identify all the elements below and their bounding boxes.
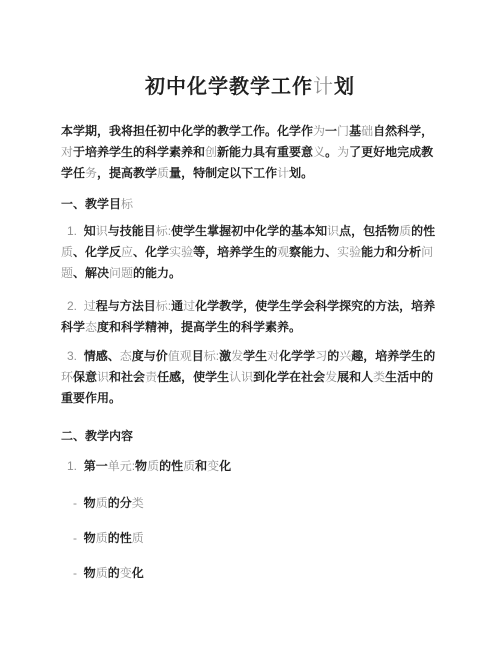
text-run: - bbox=[73, 531, 84, 545]
text-run: 质 bbox=[157, 166, 169, 180]
text-run: 点，包括物 bbox=[339, 224, 399, 238]
unit-item-1: 1. 第一单元:物质的性质和变化 bbox=[61, 456, 439, 477]
text-run: 观 bbox=[277, 245, 289, 259]
text-run: 质 bbox=[96, 496, 108, 510]
text-run: 环 bbox=[61, 370, 73, 384]
intro-paragraph: 本学期，我将担任初中化学的教学工作。化学作为一门基础自然科学，对于培养学生的科学… bbox=[61, 121, 439, 184]
text-run: 度与价 bbox=[132, 349, 168, 363]
text-run: ，提高教学 bbox=[97, 166, 157, 180]
text-run: 度和科学精神，提高学生的科学素养。 bbox=[97, 320, 301, 334]
text-run: 单元: bbox=[108, 459, 135, 473]
text-run: 能力和分析 bbox=[361, 245, 421, 259]
text-run: 物 bbox=[84, 566, 96, 580]
bullet-substance-changes: - 物质的变化 bbox=[61, 563, 439, 584]
text-run: 识 bbox=[327, 224, 339, 238]
text-run: 质 bbox=[399, 224, 411, 238]
text-run: 过 bbox=[183, 299, 195, 313]
text-run: 标: bbox=[204, 349, 219, 363]
section-1-heading: 一、教学目标 bbox=[61, 194, 439, 215]
text-run: 质 bbox=[61, 245, 73, 259]
text-run: 2. bbox=[67, 299, 84, 313]
text-run: 计 bbox=[277, 166, 289, 180]
text-run: 基 bbox=[349, 124, 361, 138]
text-run: 新能力具有重要意 bbox=[217, 145, 313, 159]
text-run: 保意 bbox=[73, 370, 97, 384]
text-run: 、解决 bbox=[73, 266, 109, 280]
text-run: 态 bbox=[120, 349, 132, 363]
text-run: 标: bbox=[156, 299, 171, 313]
text-run: 任感，使学生 bbox=[157, 370, 229, 384]
text-run: 二、教学内容 bbox=[61, 429, 133, 443]
text-run: 标 bbox=[121, 197, 133, 211]
text-run: 的分 bbox=[108, 496, 132, 510]
text-run: 划 bbox=[334, 76, 355, 98]
text-run: 情感、 bbox=[84, 349, 120, 363]
text-run: 物 bbox=[84, 531, 96, 545]
text-run: 门 bbox=[337, 124, 349, 138]
text-run: 3. bbox=[67, 349, 84, 363]
text-run: 于培养学生的科学素养和 bbox=[73, 145, 205, 159]
text-run: 创 bbox=[205, 145, 217, 159]
bullet-substance-category: - 物质的分类 bbox=[61, 493, 439, 514]
text-run: 质 bbox=[147, 459, 159, 473]
document-page: 初中化学教学工作计划本学期，我将担任初中化学的教学工作。化学作为一门基础自然科学… bbox=[0, 0, 500, 647]
text-run: 、化学 bbox=[133, 245, 169, 259]
text-run: 初中化学教学工作 bbox=[145, 76, 313, 98]
text-run: 义 bbox=[313, 145, 325, 159]
text-run: 认识 bbox=[229, 370, 253, 384]
text-run: 程与方法目 bbox=[96, 299, 156, 313]
text-run: 自然科学， bbox=[373, 124, 433, 138]
text-run: 应 bbox=[121, 245, 133, 259]
text-run: 值观 bbox=[168, 349, 192, 363]
objective-item-2: 2. 过程与方法目标:通过化学教学，使学生学会科学探究的方法，培养科学态度和科学… bbox=[61, 296, 439, 338]
text-run: 化学学 bbox=[279, 349, 315, 363]
text-run: 量，特制定以下工作 bbox=[169, 166, 277, 180]
text-run: 习 bbox=[315, 349, 327, 363]
text-run: 的 bbox=[327, 349, 339, 363]
text-run: 过 bbox=[84, 299, 96, 313]
text-run: 对 bbox=[267, 349, 279, 363]
text-run: 激 bbox=[219, 349, 231, 363]
text-run: 本学期，我将担任初中化学的教学工作。化学作 bbox=[61, 124, 313, 138]
text-run: 使学生掌握初中化学的基本知 bbox=[171, 224, 327, 238]
text-run: 趣，培养学生的 bbox=[351, 349, 435, 363]
doc-title: 初中化学教学工作计划 bbox=[61, 74, 439, 100]
text-run: 。 bbox=[325, 145, 337, 159]
text-run: 、化学反 bbox=[73, 245, 121, 259]
text-run: 责 bbox=[145, 370, 157, 384]
text-run: 类 bbox=[373, 370, 385, 384]
text-run: - bbox=[73, 566, 84, 580]
text-run: 目 bbox=[192, 349, 204, 363]
text-run: 展和人 bbox=[337, 370, 373, 384]
text-run: 一、教学目 bbox=[61, 197, 121, 211]
text-run: 问题 bbox=[109, 266, 133, 280]
text-run: 发 bbox=[325, 370, 337, 384]
text-run: 实验 bbox=[337, 245, 361, 259]
text-run: 和社会 bbox=[109, 370, 145, 384]
section-2-heading: 二、教学内容 bbox=[61, 426, 439, 447]
objective-item-1: 1. 知识与技能目标:使学生掌握初中化学的基本知识点，包括物质的性质、化学反应、… bbox=[61, 221, 439, 284]
text-run: 知 bbox=[84, 224, 96, 238]
text-run: 兴 bbox=[339, 349, 351, 363]
text-run: 和 bbox=[195, 459, 207, 473]
text-run: 化 bbox=[219, 459, 231, 473]
text-run: 识 bbox=[96, 224, 108, 238]
text-run: 变 bbox=[120, 566, 132, 580]
text-run: 划。 bbox=[289, 166, 313, 180]
text-run: 类 bbox=[132, 496, 144, 510]
bullet-substance-properties: - 物质的性质 bbox=[61, 528, 439, 549]
text-run: 标: bbox=[156, 224, 171, 238]
text-run: 为 bbox=[313, 124, 325, 138]
text-run: 到化学在社会 bbox=[253, 370, 325, 384]
text-run: 实验 bbox=[169, 245, 193, 259]
text-run: 变 bbox=[207, 459, 219, 473]
text-run: 1. bbox=[67, 224, 84, 238]
text-run: 质 bbox=[183, 459, 195, 473]
text-run: 务 bbox=[85, 166, 97, 180]
text-run: 学生 bbox=[243, 349, 267, 363]
text-run: 态 bbox=[85, 320, 97, 334]
text-run: 的性 bbox=[108, 531, 132, 545]
text-run: 为 bbox=[337, 145, 349, 159]
text-run: 的能力。 bbox=[133, 266, 181, 280]
text-run: 计 bbox=[313, 76, 334, 98]
text-run: 等，培养学生的 bbox=[193, 245, 277, 259]
text-run: 质 bbox=[132, 531, 144, 545]
text-run: 物 bbox=[84, 496, 96, 510]
document-body: 初中化学教学工作计划本学期，我将担任初中化学的教学工作。化学作为一门基础自然科学… bbox=[61, 74, 439, 584]
text-run: 础 bbox=[361, 124, 373, 138]
text-run: 识 bbox=[97, 370, 109, 384]
text-run: 与技能目 bbox=[108, 224, 156, 238]
text-run: 质 bbox=[96, 566, 108, 580]
text-run: 一 bbox=[325, 124, 337, 138]
text-run: 察能力、 bbox=[289, 245, 337, 259]
text-run: 化 bbox=[132, 566, 144, 580]
text-run: 通 bbox=[171, 299, 183, 313]
text-run: 对 bbox=[61, 145, 73, 159]
text-run: - bbox=[73, 496, 84, 510]
text-run: 发 bbox=[231, 349, 243, 363]
text-run: 的性 bbox=[159, 459, 183, 473]
text-run: 物 bbox=[135, 459, 147, 473]
text-run: 第一 bbox=[84, 459, 108, 473]
text-run: 的性 bbox=[411, 224, 435, 238]
text-run: 质 bbox=[96, 531, 108, 545]
text-run: 1. bbox=[67, 459, 84, 473]
objective-item-3: 3. 情感、态度与价值观目标:激发学生对化学学习的兴趣，培养学生的环保意识和社会… bbox=[61, 346, 439, 409]
text-run: 的 bbox=[108, 566, 120, 580]
